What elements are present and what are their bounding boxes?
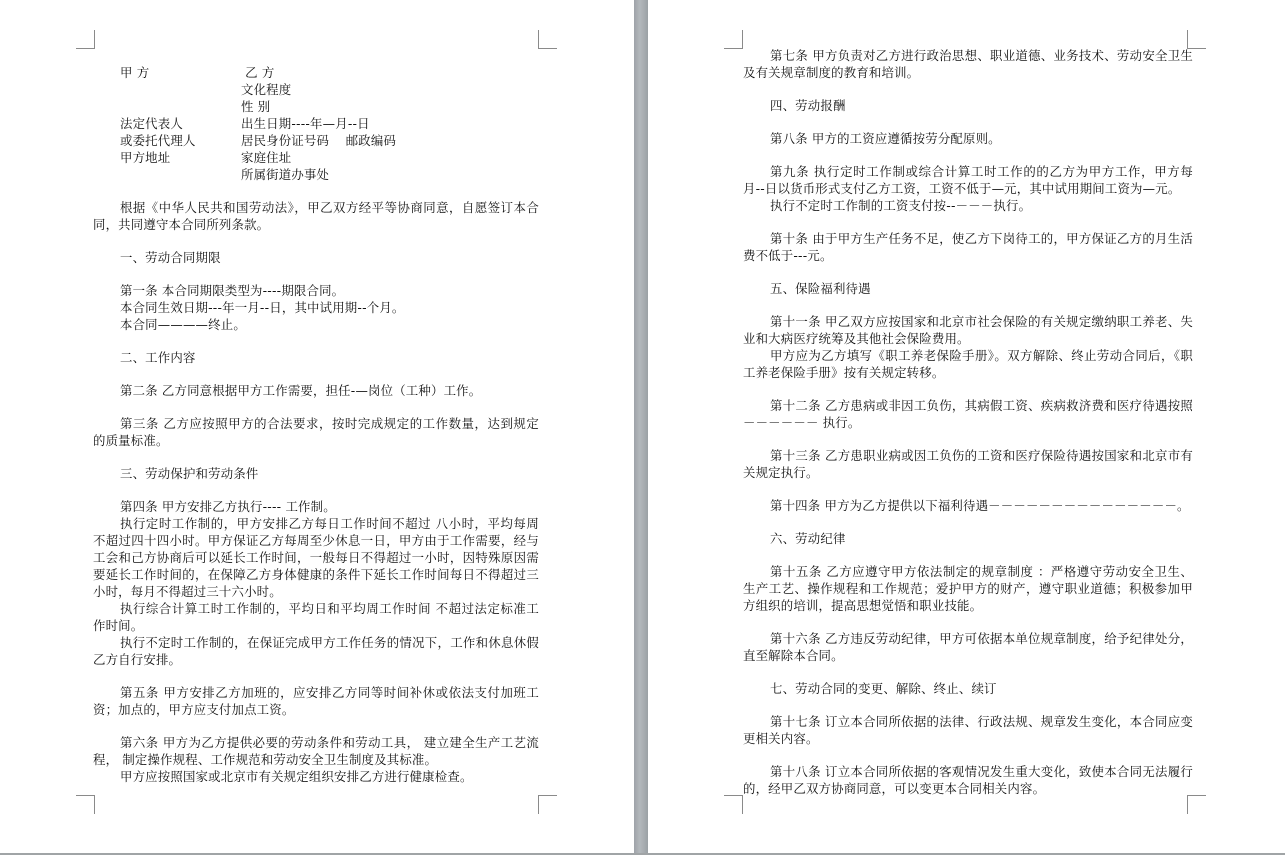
party-b-field: 文化程度 [241,81,291,98]
paragraph: 第十三条 乙方患职业病或因工负伤的工资和医疗保险待遇按国家和北京市有关规定执行。 [743,447,1193,481]
party-a-field [120,81,241,98]
party-info-row: 甲 方 乙 方 [120,64,539,81]
paragraph: 第七条 甲方负责对乙方进行政治思想、职业道德、业务技术、劳动安全卫生及有关规章制… [743,47,1193,81]
party-b-field: 居民身份证号码 邮政编码 [241,132,396,149]
document-page-left: 甲 方 乙 方 文化程度 性 别 法定代表人出生日期----年—月--日 或委托… [0,0,634,853]
party-b-field: 性 别 [241,98,270,115]
paragraph: 第五条 甲方安排乙方加班的，应安排乙方同等时间补休或依法支付加班工资；加点的，甲… [93,684,539,718]
page-left-text[interactable]: 甲 方 乙 方 文化程度 性 别 法定代表人出生日期----年—月--日 或委托… [93,64,539,785]
paragraph-spacing [743,481,1193,497]
paragraph-spacing [93,266,539,282]
left-page-body: 根据《中华人民共和国劳动法》，甲乙双方经平等协商同意，自愿签订本合同，共同遵守本… [93,183,539,785]
paragraph-spacing [743,431,1193,447]
party-info-row: 或委托代理人居民身份证号码 邮政编码 [120,132,539,149]
paragraph: 第九条 执行定时工作制或综合计算工时工作的的乙方为甲方工作，甲方每月--日以货币… [743,163,1193,197]
paragraph-spacing [743,514,1193,530]
paragraph-spacing [743,664,1193,680]
paragraph: 本合同生效日期---年一月--日，其中试用期--个月。 [93,299,539,316]
party-b-field: 乙 方 [241,64,274,81]
section-heading: 七、劳动合同的变更、解除、终止、续订 [743,680,1193,697]
paragraph-spacing [93,366,539,382]
paragraph: 第十五条 乙方应遵守甲方依法制定的规章制度 ：严格遵守劳动安全卫生、生产工艺、操… [743,563,1193,614]
paragraph: 第六条 甲方为乙方提供必要的劳动条件和劳动工具， 建立建全生产工艺流程， 制定操… [93,734,539,768]
paragraph: 根据《中华人民共和国劳动法》，甲乙双方经平等协商同意，自愿签订本合同，共同遵守本… [93,199,539,233]
paragraph-spacing [93,668,539,684]
paragraph: 甲方应为乙方填写《职工养老保险手册》。双方解除、终止劳动合同后，《职工养老保险手… [743,347,1193,381]
party-a-field: 或委托代理人 [120,132,241,149]
paragraph-spacing [743,264,1193,280]
page-right-text[interactable]: 第七条 甲方负责对乙方进行政治思想、职业道德、业务技术、劳动安全卫生及有关规章制… [743,47,1193,797]
crop-mark-top-left [724,30,743,49]
page-divider [634,0,648,855]
crop-mark-top-left [76,30,95,49]
section-heading: 六、劳动纪律 [743,530,1193,547]
paragraph: 甲方应按照国家或北京市有关规定组织安排乙方进行健康检查。 [93,768,539,785]
paragraph-spacing [743,147,1193,163]
party-info-row: 甲方地址家庭住址 [120,149,539,166]
party-info-table: 甲 方 乙 方 文化程度 性 别 法定代表人出生日期----年—月--日 或委托… [120,64,539,183]
paragraph: 执行综合计算工时工作制的，平均日和平均周工作时间 不超过法定标准工作时间。 [93,600,539,634]
crop-mark-top-right [538,30,557,49]
paragraph-spacing [743,697,1193,713]
party-a-field: 甲方地址 [120,149,241,166]
section-heading: 一、劳动合同期限 [93,249,539,266]
right-page-body: 第七条 甲方负责对乙方进行政治思想、职业道德、业务技术、劳动安全卫生及有关规章制… [743,47,1193,797]
paragraph-spacing [93,233,539,249]
paragraph-spacing [93,333,539,349]
paragraph: 第十一条 甲乙双方应按国家和北京市社会保险的有关规定缴纳职工养老、失业和大病医疗… [743,313,1193,347]
party-info-row: 法定代表人出生日期----年—月--日 [120,115,539,132]
crop-mark-bottom-right [538,795,557,814]
paragraph-spacing [743,547,1193,563]
paragraph: 第四条 甲方安排乙方执行---- 工作制。 [93,498,539,515]
paragraph-spacing [743,114,1193,130]
crop-mark-bottom-right [1187,795,1206,814]
party-info-row: 所属街道办事处 [120,166,539,183]
paragraph-spacing [743,381,1193,397]
paragraph-spacing [93,449,539,465]
paragraph-spacing [743,614,1193,630]
section-heading: 四、劳动报酬 [743,97,1193,114]
party-info-row: 文化程度 [120,81,539,98]
paragraph-spacing [743,81,1193,97]
paragraph: 本合同————终止。 [93,316,539,333]
party-info-row: 性 别 [120,98,539,115]
paragraph: 执行不定时工作制的工资支付按--－－－执行。 [743,197,1193,214]
paragraph: 第十六条 乙方违反劳动纪律，甲方可依据本单位规章制度，给予纪律处分，直至解除本合… [743,630,1193,664]
paragraph-spacing [743,297,1193,313]
paragraph: 第一条 本合同期限类型为----期限合同。 [93,282,539,299]
crop-mark-bottom-left [724,795,743,814]
party-b-field: 所属街道办事处 [241,166,329,183]
party-a-field [120,166,241,183]
section-heading: 二、工作内容 [93,349,539,366]
paragraph: 第十条 由于甲方生产任务不足，使乙方下岗待工的，甲方保证乙方的月生活费不低于--… [743,230,1193,264]
party-a-field: 法定代表人 [120,115,241,132]
party-a-field [120,98,241,115]
paragraph-spacing [93,399,539,415]
paragraph: 第十七条 订立本合同所依据的法律、行政法规、规章发生变化，本合同应变更相关内容。 [743,713,1193,747]
section-heading: 三、劳动保护和劳动条件 [93,465,539,482]
section-heading: 五、保险福利待遇 [743,280,1193,297]
party-b-field: 家庭住址 [241,149,291,166]
party-b-field: 出生日期----年—月--日 [241,115,370,132]
paragraph: 执行不定时工作制的，在保证完成甲方工作任务的情况下，工作和休息休假乙方自行安排。 [93,634,539,668]
paragraph: 执行定时工作制的，甲方安排乙方每日工作时间不超过 八小时，平均每周不超过四十四小… [93,515,539,600]
paragraph-spacing [93,482,539,498]
paragraph-spacing [743,747,1193,763]
paragraph: 第八条 甲方的工资应遵循按劳分配原则。 [743,130,1193,147]
paragraph: 第十二条 乙方患病或非因工负伤，其病假工资、疾病救济费和医疗待遇按照－－－－－－… [743,397,1193,431]
paragraph-spacing [93,718,539,734]
paragraph-spacing [93,183,539,199]
paragraph: 第十四条 甲方为乙方提供以下福利待遇－－－－－－－－－－－－－－－。 [743,497,1193,514]
paragraph-spacing [743,214,1193,230]
paragraph: 第十八条 订立本合同所依据的客观情况发生重大变化，致使本合同无法履行的，经甲乙双… [743,763,1193,797]
party-a-field: 甲 方 [120,64,241,81]
paragraph: 第三条 乙方应按照甲方的合法要求，按时完成规定的工作数量，达到规定的质量标准。 [93,415,539,449]
paragraph: 第二条 乙方同意根据甲方工作需要，担任-—岗位（工种）工作。 [93,382,539,399]
crop-mark-bottom-left [76,795,95,814]
